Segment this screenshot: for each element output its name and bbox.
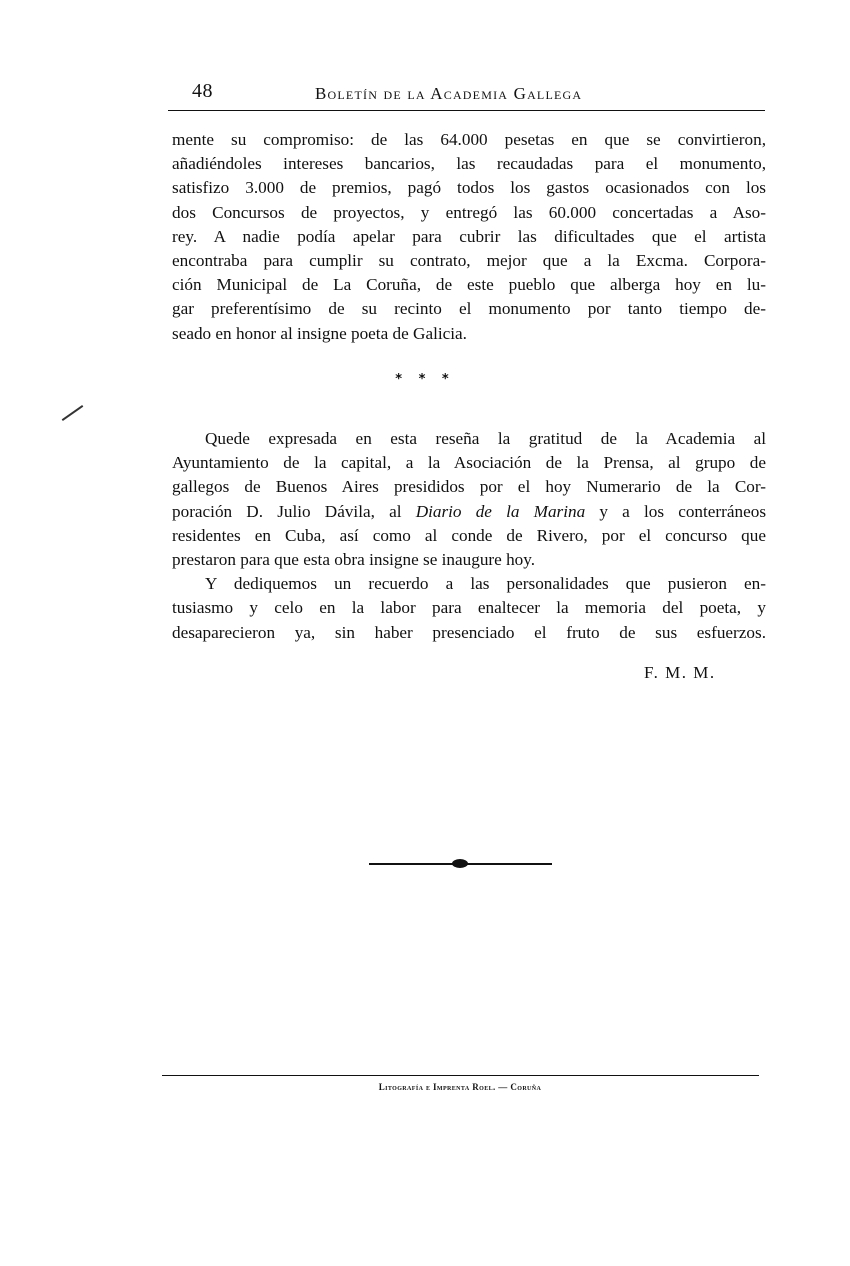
text-line: tusiasmo y celo en la labor para enaltec… [172, 596, 766, 620]
text-line: encontraba para cumplir su contrato, mej… [172, 249, 766, 273]
text-line: dos Concursos de proyectos, y entregó la… [172, 201, 766, 225]
page-number: 48 [192, 80, 213, 103]
running-head: 48 Boletín de la Academia Gallega [165, 78, 765, 108]
text-line: gar preferentísimo de su recinto el monu… [172, 297, 766, 321]
text-line: ción Municipal de La Coruña, de este pue… [172, 273, 766, 297]
paragraph-3: Y dediquemos un recuerdo a las personali… [172, 572, 766, 645]
text-line: rey. A nadie podía apelar para cubrir la… [172, 225, 766, 249]
text-fragment: poración D. Julio Dávila, al [172, 502, 402, 521]
text-line: Ayuntamiento de la capital, a la Asociac… [172, 451, 766, 475]
text-line: desaparecieron ya, sin haber presenciado… [172, 621, 766, 645]
text-line: mente su compromiso: de las 64.000 peset… [172, 128, 766, 152]
margin-scan-mark [62, 405, 84, 421]
text-line: satisfizo 3.000 de premios, pagó todos l… [172, 176, 766, 200]
newspaper-title: Diario de la Marina [416, 502, 586, 521]
ornament-lozenge-icon [452, 859, 468, 868]
journal-title: Boletín de la Academia Gallega [315, 84, 582, 104]
text-line: seado en honor al insigne poeta de Galic… [172, 322, 766, 346]
text-line: residentes en Cuba, así como al conde de… [172, 524, 766, 548]
scanned-page: 48 Boletín de la Academia Gallega mente … [0, 0, 850, 1266]
text-line-with-italic: poración D. Julio Dávila, al Diario de l… [172, 500, 766, 524]
text-line: añadiéndoles intereses bancarios, las re… [172, 152, 766, 176]
header-rule [168, 110, 765, 111]
printer-imprint: Litografía e Imprenta Roel. — Coruña [0, 1082, 850, 1092]
text-line: prestaron para que esta obra insigne se … [172, 548, 766, 572]
end-ornament [369, 858, 552, 870]
text-fragment: y a los conterráneos [599, 502, 766, 521]
author-signature: F. M. M. [644, 663, 716, 683]
text-line: Quede expresada en esta reseña la gratit… [172, 427, 766, 451]
text-line: gallegos de Buenos Aires presididos por … [172, 475, 766, 499]
paragraph-1: mente su compromiso: de las 64.000 peset… [172, 128, 766, 346]
section-asterism: * * * [0, 372, 850, 387]
footer-rule [162, 1075, 759, 1076]
text-line: Y dediquemos un recuerdo a las personali… [172, 572, 766, 596]
paragraph-2: Quede expresada en esta reseña la gratit… [172, 427, 766, 645]
